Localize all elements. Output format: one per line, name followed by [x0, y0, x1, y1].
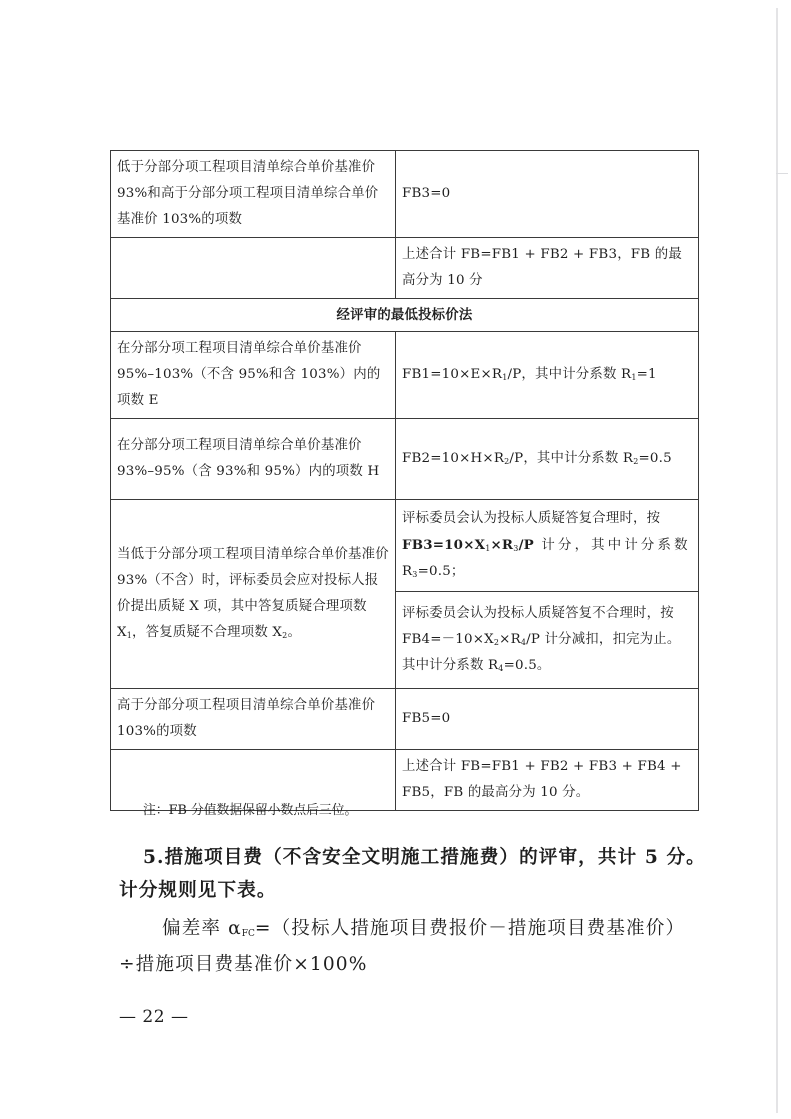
criteria-cell-questioned: 当低于分部分项工程项目清单综合单价基准价 93%（不含）时，评标委员会应对投标人… [111, 500, 396, 689]
section5-heading-line2: 计分规则见下表。 [119, 876, 709, 906]
formula-text: =（投标人措施项目费报价－措施项目费基准价） [255, 918, 685, 939]
criteria-text: ，答复质疑不合理项数 X [132, 625, 282, 640]
formula-text: ×R [491, 537, 514, 553]
coefficient-value: =0.5； [418, 564, 465, 579]
formula-text: /P [519, 537, 534, 553]
criteria-text: 。 [287, 625, 301, 640]
table-row-fb2: 在分部分项工程项目清单综合单价基准价 93%–95%（含 93%和 95%）内的… [111, 419, 699, 500]
table-row-fb5: 高于分部分项工程项目清单综合单价基准价 103%的项数 FB5=0 [111, 689, 699, 750]
table-section-heading-row: 经评审的最低投标价法 [111, 299, 699, 332]
formula-label: 偏差率 α [162, 918, 242, 939]
formula-text: FB2=10×H×R [402, 451, 504, 466]
formula-text: FB3=10×X [402, 537, 485, 553]
formula-cell: FB1=10×E×R1/P，其中计分系数 R1=1 [396, 332, 699, 419]
formula-cell-unreasonable: 评标委员会认为投标人质疑答复不合理时，按 FB4=－10×X2×R4/P 计分减… [396, 592, 699, 689]
formula-text: ×R [499, 632, 521, 647]
formula-cell-reasonable: 评标委员会认为投标人质疑答复合理时，按FB3=10×X1×R3/P 计分，其中计… [396, 500, 699, 592]
deviation-formula-line2: ÷措施项目费基准价×100% [119, 950, 709, 980]
criteria-cell: 在分部分项工程项目清单综合单价基准价 93%–95%（含 93%和 95%）内的… [111, 419, 396, 500]
formula-cell: FB5=0 [396, 689, 699, 750]
page-number: — 22 — [119, 1003, 188, 1031]
formula-text: FB1=10×E×R [402, 367, 502, 382]
coefficient-value: =0.5 [639, 451, 672, 466]
formula-text: R [402, 564, 412, 579]
coefficient-value: =0.5。 [504, 658, 551, 673]
criteria-cell: 低于分部分项工程项目清单综合单价基准价 93%和高于分部分项工程项目清单综合单价… [111, 151, 396, 238]
scoring-table: 低于分部分项工程项目清单综合单价基准价 93%和高于分部分项工程项目清单综合单价… [110, 150, 699, 811]
table-row-fb3: 低于分部分项工程项目清单综合单价基准价 93%和高于分部分项工程项目清单综合单价… [111, 151, 699, 238]
formula-text: 评标委员会认为投标人质疑答复合理时，按 [402, 511, 660, 526]
coefficient-value: =1 [637, 367, 657, 382]
formula-cell: FB3=0 [396, 151, 699, 238]
table-row-fb3-reasonable: 当低于分部分项工程项目清单综合单价基准价 93%（不含）时，评标委员会应对投标人… [111, 500, 699, 592]
deviation-formula-line1: 偏差率 αFC=（投标人措施项目费报价－措施项目费基准价） [162, 914, 752, 949]
sum-cell: 上述合计 FB=FB1 + FB2 + FB3 + FB4 + FB5，FB 的… [396, 750, 699, 811]
empty-cell [111, 238, 396, 299]
table-row-fb1: 在分部分项工程项目清单综合单价基准价 95%–103%（不含 95%和含 103… [111, 332, 699, 419]
formula-subscript: FC [242, 929, 255, 939]
criteria-cell: 在分部分项工程项目清单综合单价基准价 95%–103%（不含 95%和含 103… [111, 332, 396, 419]
formula-text: 计分，其中计分系数 [534, 538, 691, 553]
formula-text: /P，其中计分系数 R [509, 451, 633, 466]
formula-cell: FB2=10×H×R2/P，其中计分系数 R2=0.5 [396, 419, 699, 500]
scan-edge-tick [776, 173, 788, 174]
section-heading: 经评审的最低投标价法 [111, 299, 699, 332]
section5-heading-line1: 5.措施项目费（不含安全文明施工措施费）的评审，共计 5 分。 [143, 843, 733, 873]
formula-text: /P，其中计分系数 R [508, 367, 632, 382]
table-footnote: 注：FB 分值数据保留小数点后三位。 [143, 800, 357, 822]
criteria-cell: 高于分部分项工程项目清单综合单价基准价 103%的项数 [111, 689, 396, 750]
sum-cell: 上述合计 FB=FB1 + FB2 + FB3，FB 的最高分为 10 分 [396, 238, 699, 299]
table-row-sum-fb: 上述合计 FB=FB1 + FB2 + FB3，FB 的最高分为 10 分 [111, 238, 699, 299]
